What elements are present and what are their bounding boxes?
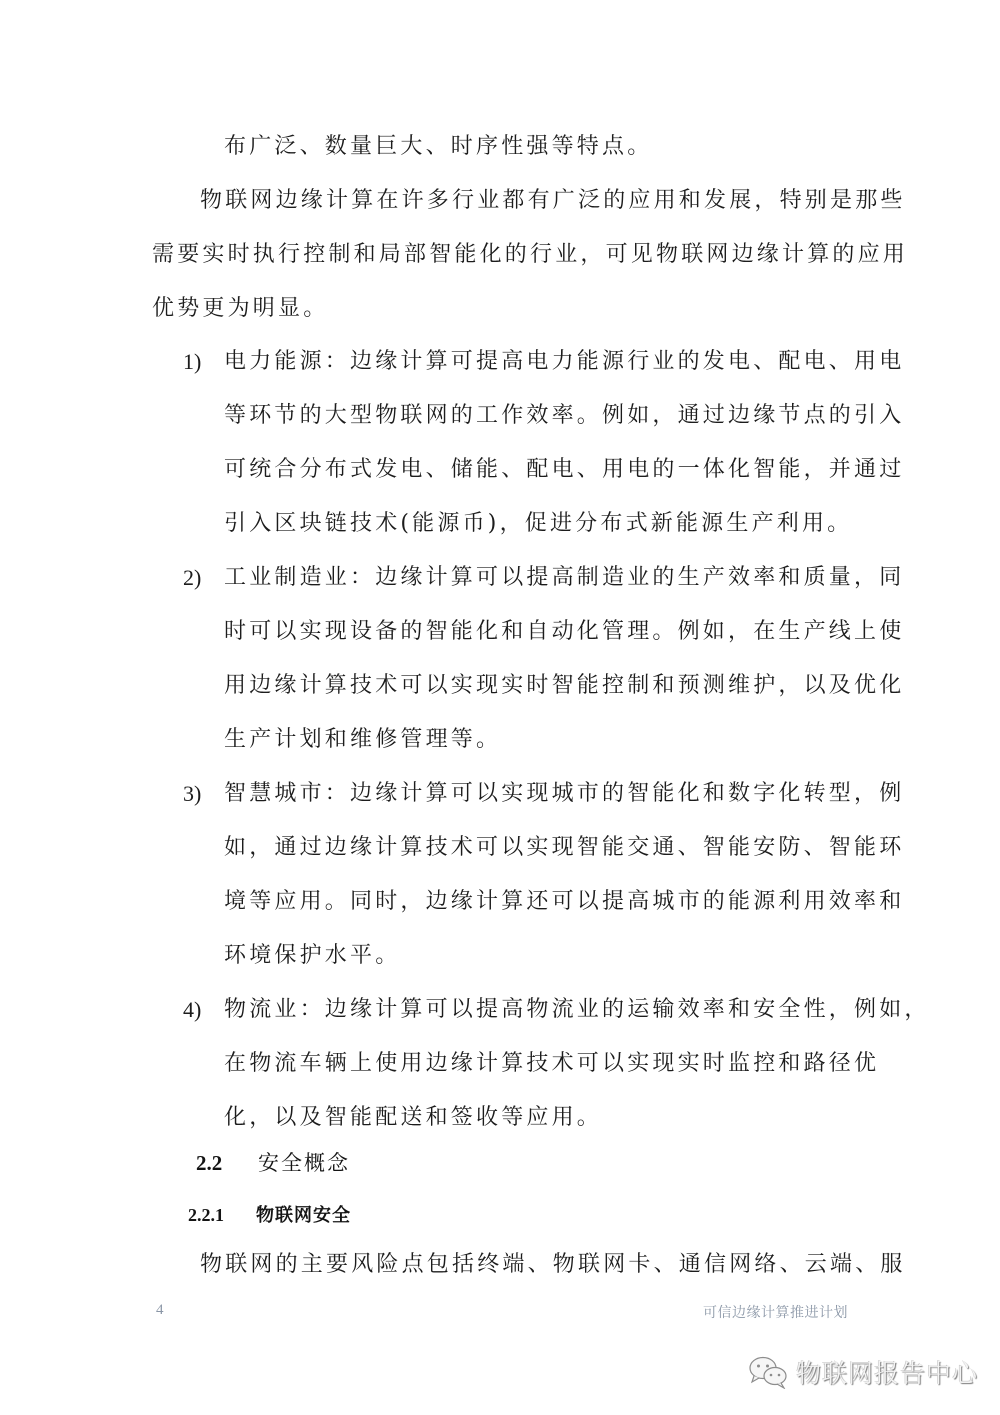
section-number: 2.2 xyxy=(196,1148,258,1178)
subsection-title: 物联网安全 xyxy=(256,1205,351,1226)
running-title: 可信边缘计算推进计划 xyxy=(703,1302,848,1322)
list-item-number: 1) xyxy=(183,347,201,377)
section-title: 安全概念 xyxy=(258,1151,350,1175)
list-item-line: 环境保护水平。 xyxy=(224,941,400,971)
list-item-line: 境等应用。同时，边缘计算还可以提高城市的能源利用效率和 xyxy=(224,887,904,917)
document-page: 布广泛、数量巨大、时序性强等特点。 物联网边缘计算在许多行业都有广泛的应用和发展… xyxy=(0,0,1000,1415)
list-item-line: 物流业：边缘计算可以提高物流业的运输效率和安全性，例如， xyxy=(224,995,930,1025)
list-item-line: 智慧城市：边缘计算可以实现城市的智能化和数字化转型，例 xyxy=(224,779,904,809)
paragraph-line: 物联网边缘计算在许多行业都有广泛的应用和发展，特别是那些 xyxy=(200,186,906,216)
list-item-line: 可统合分布式发电、储能、配电、用电的一体化智能，并通过 xyxy=(224,455,904,485)
list-item-line: 工业制造业：边缘计算可以提高制造业的生产效率和质量，同 xyxy=(224,563,904,593)
wechat-icon xyxy=(748,1355,788,1389)
section-heading-2-2: 2.2安全概念 xyxy=(196,1148,350,1178)
page-number: 4 xyxy=(156,1302,164,1319)
list-item-line: 等环节的大型物联网的工作效率。例如，通过边缘节点的引入 xyxy=(224,401,904,431)
watermark-text: 物联网报告中心 xyxy=(796,1354,978,1390)
list-item-line: 在物流车辆上使用边缘计算技术可以实现实时监控和路径优 xyxy=(224,1049,879,1079)
list-item-number: 2) xyxy=(183,563,201,593)
list-item-line: 时可以实现设备的智能化和自动化管理。例如，在生产线上使 xyxy=(224,617,904,647)
paragraph-line: 优势更为明显。 xyxy=(152,294,328,324)
list-item-line: 生产计划和维修管理等。 xyxy=(224,725,501,755)
watermark: 物联网报告中心 xyxy=(748,1354,978,1390)
list-item-line: 电力能源：边缘计算可提高电力能源行业的发电、配电、用电 xyxy=(224,347,904,377)
list-item-line: 引入区块链技术(能源币)，促进分布式新能源生产利用。 xyxy=(224,509,852,539)
subsection-number: 2.2.1 xyxy=(188,1201,256,1229)
list-item-line: 如，通过边缘计算技术可以实现智能交通、智能安防、智能环 xyxy=(224,833,904,863)
paragraph-line: 布广泛、数量巨大、时序性强等特点。 xyxy=(224,132,652,162)
paragraph-line: 物联网的主要风险点包括终端、物联网卡、通信网络、云端、服 xyxy=(200,1250,906,1280)
list-item-line: 用边缘计算技术可以实现实时智能控制和预测维护，以及优化 xyxy=(224,671,904,701)
paragraph-line: 需要实时执行控制和局部智能化的行业，可见物联网边缘计算的应用 xyxy=(152,240,908,270)
list-item-line: 化，以及智能配送和签收等应用。 xyxy=(224,1103,602,1133)
list-item-number: 4) xyxy=(183,995,201,1025)
list-item-number: 3) xyxy=(183,779,201,809)
section-heading-2-2-1: 2.2.1物联网安全 xyxy=(188,1201,351,1230)
